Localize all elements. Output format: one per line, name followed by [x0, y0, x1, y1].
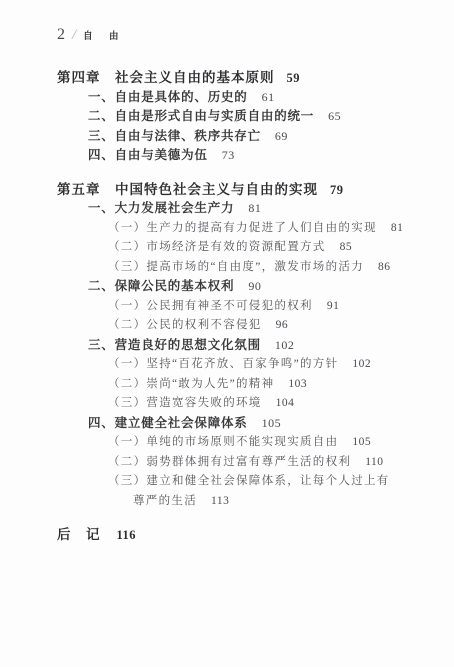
toc-entry-page: 73: [222, 146, 235, 166]
toc-entry-title: 四、建立健全社会保障体系: [88, 414, 248, 434]
toc-entry-title: （一）公民拥有神圣不可侵犯的权利: [108, 297, 313, 317]
toc-entry: （一）单纯的市场原则不能实现实质自由 105: [108, 433, 434, 453]
toc-entry-title: （一）单纯的市场原则不能实现实质自由: [108, 433, 338, 453]
toc-entry-page: 102: [275, 336, 295, 356]
toc-entry: 一、自由是具体的、历史的 61: [88, 88, 434, 108]
toc-entry: 第五章 中国特色社会主义与自由的实现 79: [57, 180, 434, 200]
toc-entry-title: 尊严的生活: [133, 492, 197, 512]
toc-entry: （一）坚持“百花齐放、百家争鸣”的方针 102: [108, 355, 434, 375]
toc-entry: （一）生产力的提高有力促进了人们自由的实现 81: [108, 219, 434, 239]
toc-entry: 第四章 社会主义自由的基本原则 59: [57, 68, 434, 88]
toc-entry: 三、自由与法律、秩序共存亡 69: [88, 127, 434, 147]
toc-entry-page: 65: [328, 107, 341, 127]
toc-entry: （二）市场经济是有效的资源配置方式 85: [108, 238, 434, 258]
toc-entry-title: （二）弱势群体拥有过富有尊严生活的权利: [108, 453, 351, 473]
toc-entry-title: 二、自由是形式自由与实质自由的统一: [88, 107, 314, 127]
toc-entry: 一、大力发展社会生产力 81: [88, 199, 434, 219]
toc-page: 2 / 自 由 第四章 社会主义自由的基本原则 59 一、自由是具体的、历史的 …: [0, 0, 454, 667]
toc-entry-title: 第四章 社会主义自由的基本原则: [57, 68, 275, 88]
toc-entry-title: 后 记: [57, 525, 101, 545]
toc-entry-page: 116: [117, 526, 137, 546]
toc-entry-title: （一）生产力的提高有力促进了人们自由的实现: [108, 219, 377, 239]
toc-entry-page: 91: [327, 297, 340, 317]
toc-entry-title: （三）建立和健全社会保障体系，让每个人过上有: [108, 472, 390, 492]
toc-entry: （一）公民拥有神圣不可侵犯的权利 91: [108, 297, 434, 317]
toc-entry-page: 105: [262, 414, 282, 434]
toc-entry-page: 59: [287, 69, 301, 89]
toc-entry: 尊严的生活 113: [133, 492, 434, 512]
toc-list: 第四章 社会主义自由的基本原则 59 一、自由是具体的、历史的 61 二、自由是…: [57, 68, 434, 545]
toc-entry-page: 90: [248, 277, 261, 297]
toc-entry-page: 113: [211, 492, 229, 512]
toc-entry-title: 第五章 中国特色社会主义与自由的实现: [57, 180, 318, 200]
toc-entry: 三、营造良好的思想文化氛围 102: [88, 336, 434, 356]
toc-entry-title: （二）公民的权利不容侵犯: [108, 316, 262, 336]
toc-entry: （二）崇尚“敢为人先”的精神 103: [108, 375, 434, 395]
toc-entry-title: （三）营造宽容失败的环境: [108, 394, 262, 414]
toc-entry-page: 81: [248, 199, 261, 219]
toc-entry-page: 61: [262, 88, 275, 108]
toc-entry-title: （三）提高市场的“自由度”，激发市场的活力: [108, 258, 364, 278]
toc-entry-page: 96: [276, 316, 289, 336]
page-header: 2 / 自 由: [57, 26, 434, 44]
header-slash-separator: /: [72, 27, 76, 44]
toc-entry-page: 110: [365, 453, 383, 473]
toc-entry: 二、保障公民的基本权利 90: [88, 277, 434, 297]
toc-entry-page: 105: [352, 433, 371, 453]
toc-entry-page: 69: [275, 127, 288, 147]
toc-entry: （二）公民的权利不容侵犯 96: [108, 316, 434, 336]
toc-entry-title: 四、自由与美德为伍: [88, 146, 208, 166]
toc-entry-title: 二、保障公民的基本权利: [88, 277, 234, 297]
toc-entry-title: （二）崇尚“敢为人先”的精神: [108, 375, 274, 395]
toc-entry: 四、自由与美德为伍 73: [88, 146, 434, 166]
toc-entry: 后 记 116: [57, 525, 434, 545]
toc-entry-page: 86: [378, 258, 391, 278]
toc-entry-title: 三、自由与法律、秩序共存亡: [88, 127, 261, 147]
toc-entry: 二、自由是形式自由与实质自由的统一 65: [88, 107, 434, 127]
toc-entry: （三）提高市场的“自由度”，激发市场的活力 86: [108, 258, 434, 278]
toc-entry-title: （一）坚持“百花齐放、百家争鸣”的方针: [108, 355, 338, 375]
toc-entry: （三）建立和健全社会保障体系，让每个人过上有: [108, 472, 434, 492]
toc-entry-title: 一、自由是具体的、历史的: [88, 88, 248, 108]
header-running-title: 自 由: [83, 28, 125, 42]
toc-entry-title: （二）市场经济是有效的资源配置方式: [108, 238, 326, 258]
toc-entry: 四、建立健全社会保障体系 105: [88, 414, 434, 434]
toc-entry-page: 104: [276, 394, 295, 414]
toc-entry-title: 一、大力发展社会生产力: [88, 199, 234, 219]
toc-entry-title: 三、营造良好的思想文化氛围: [88, 336, 261, 356]
toc-entry-page: 103: [288, 375, 307, 395]
toc-entry: （三）营造宽容失败的环境 104: [108, 394, 434, 414]
toc-entry-page: 102: [352, 355, 371, 375]
toc-entry-page: 81: [391, 219, 404, 239]
toc-entry-page: 85: [340, 238, 353, 258]
toc-entry-page: 79: [330, 181, 344, 201]
toc-entry: （二）弱势群体拥有过富有尊严生活的权利 110: [108, 453, 434, 473]
header-page-number: 2: [57, 26, 65, 44]
